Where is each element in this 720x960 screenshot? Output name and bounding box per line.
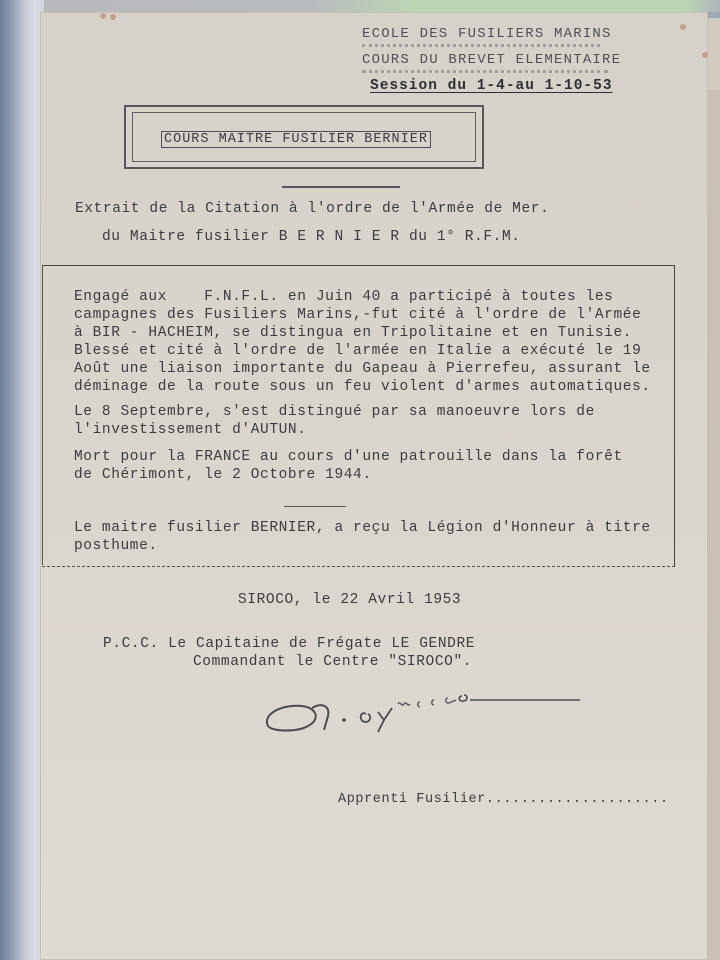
school-name: ECOLE DES FUSILIERS MARINS [362, 26, 612, 42]
extract-line-1: Extrait de la Citation à l'ordre de l'Ar… [75, 201, 549, 217]
extract-line-2: du Maitre fusilier B E R N I E R du 1° R… [102, 229, 521, 245]
citation-line: à BIR - HACHEIM, se distingua en Tripoli… [74, 325, 632, 341]
session-dates: Session du 1-4-au 1-10-53 [370, 78, 613, 94]
handwritten-signature-icon [262, 680, 582, 740]
place-date: SIROCO, le 22 Avril 1953 [238, 592, 461, 608]
citation-line: Blessé et cité à l'ordre de l'armée en I… [74, 343, 641, 359]
rust-stain [110, 14, 116, 20]
binder-top-edge [44, 0, 720, 12]
signatory-line-1: P.C.C. Le Capitaine de Frégate LE GENDRE [103, 636, 475, 652]
title-frame: COURS MAITRE FUSILIER BERNIER [124, 105, 484, 169]
course-title: COURS MAITRE FUSILIER BERNIER [161, 131, 431, 148]
citation-line: Août une liaison importante du Gapeau à … [74, 361, 651, 377]
document-page: ECOLE DES FUSILIERS MARINS COURS DU BREV… [40, 12, 708, 960]
citation-line: Le maitre fusilier BERNIER, a reçu la Lé… [74, 520, 651, 536]
citation-line: l'investissement d'AUTUN. [74, 422, 307, 438]
dashed-underline [362, 44, 600, 50]
apprentice-field: Apprenti Fusilier..................... [338, 792, 669, 807]
separator-rule [284, 506, 346, 507]
binder-sleeve-edge [0, 0, 44, 960]
signatory-line-2: Commandant le Centre "SIROCO". [193, 654, 472, 670]
citation-line: Le 8 Septembre, s'est distingué par sa m… [74, 404, 595, 420]
citation-frame-left [42, 265, 43, 565]
rust-stain [702, 52, 708, 58]
dashed-underline [362, 70, 608, 76]
separator-rule [282, 186, 400, 188]
course-name: COURS DU BREVET ELEMENTAIRE [362, 52, 621, 68]
citation-line: campagnes des Fusiliers Marins,-fut cité… [74, 307, 641, 323]
rust-stain [680, 24, 686, 30]
citation-line: Engagé aux F.N.F.L. en Juin 40 a partici… [74, 289, 613, 305]
citation-line: de Chérimont, le 2 Octobre 1944. [74, 467, 372, 483]
rust-stain [100, 13, 106, 19]
citation-line: déminage de la route sous un feu violent… [74, 379, 651, 395]
citation-line: Mort pour la FRANCE au cours d'une patro… [74, 449, 623, 465]
citation-line: posthume. [74, 538, 158, 554]
